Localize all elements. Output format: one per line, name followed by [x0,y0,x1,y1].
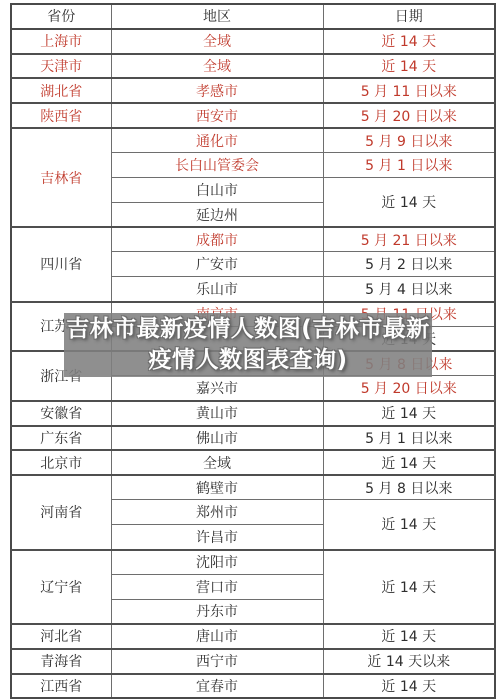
province-cell: 广东省 [11,426,111,451]
date-cell: 近 14 天 [323,450,495,475]
region-cell: 西安市 [111,103,323,128]
region-cell: 营口市 [111,574,323,599]
table-row: 四川省成都市5 月 21 日以来 [11,227,495,252]
page: 省份 地区 日期 上海市全域近 14 天天津市全域近 14 天湖北省孝感市5 月… [0,0,500,699]
table-row: 河南省鹤壁市5 月 8 日以来 [11,475,495,500]
region-cell: 长白山管委会 [111,153,323,178]
province-cell: 青海省 [11,649,111,674]
table-row: 广东省佛山市5 月 1 日以来 [11,426,495,451]
region-cell: 佛山市 [111,426,323,451]
province-cell: 河南省 [11,475,111,549]
date-cell: 5 月 11 日以来 [323,78,495,103]
region-cell: 全域 [111,54,323,79]
table-header: 省份 地区 日期 [11,4,495,29]
province-cell: 四川省 [11,227,111,301]
date-cell: 5 月 20 日以来 [323,103,495,128]
region-cell: 孝感市 [111,78,323,103]
table-row: 吉林省通化市5 月 9 日以来 [11,128,495,153]
region-cell: 延边州 [111,202,323,227]
table-header-row: 省份 地区 日期 [11,4,495,29]
table-row: 天津市全域近 14 天 [11,54,495,79]
region-cell: 通化市 [111,128,323,153]
header-date: 日期 [323,4,495,29]
table-row: 青海省西宁市近 14 天以来 [11,649,495,674]
table-row: 陕西省西安市5 月 20 日以来 [11,103,495,128]
region-cell: 郑州市 [111,500,323,525]
date-cell: 近 14 天 [323,624,495,649]
province-cell: 吉林省 [11,128,111,227]
region-cell: 乐山市 [111,277,323,302]
table-row: 江西省宜春市近 14 天 [11,674,495,699]
date-cell: 近 14 天 [323,674,495,699]
date-cell: 5 月 20 日以来 [323,376,495,401]
date-cell: 5 月 9 日以来 [323,128,495,153]
region-cell: 宜春市 [111,674,323,699]
header-region: 地区 [111,4,323,29]
region-cell: 唐山市 [111,624,323,649]
date-cell: 近 14 天 [323,500,495,550]
table-row: 辽宁省沈阳市近 14 天 [11,550,495,575]
table-row: 湖北省孝感市5 月 11 日以来 [11,78,495,103]
date-cell: 近 14 天 [323,54,495,79]
date-cell: 近 14 天 [323,401,495,426]
header-province: 省份 [11,4,111,29]
region-cell: 西宁市 [111,649,323,674]
province-cell: 江西省 [11,674,111,699]
date-cell: 近 14 天以来 [323,649,495,674]
region-cell: 广安市 [111,252,323,277]
region-cell: 许昌市 [111,525,323,550]
province-cell: 上海市 [11,29,111,54]
province-cell: 陕西省 [11,103,111,128]
date-cell: 近 14 天 [323,550,495,624]
province-cell: 安徽省 [11,401,111,426]
date-cell: 5 月 4 日以来 [323,277,495,302]
province-cell: 辽宁省 [11,550,111,624]
date-cell: 近 14 天 [323,29,495,54]
date-cell: 5 月 21 日以来 [323,227,495,252]
province-cell: 湖北省 [11,78,111,103]
region-cell: 沈阳市 [111,550,323,575]
table-row: 上海市全域近 14 天 [11,29,495,54]
date-cell: 5 月 1 日以来 [323,153,495,178]
title-overlay-line1: 吉林市最新疫情人数图(吉林市最新 [66,314,430,345]
province-cell: 河北省 [11,624,111,649]
region-cell: 嘉兴市 [111,376,323,401]
region-cell: 成都市 [111,227,323,252]
date-cell: 5 月 2 日以来 [323,252,495,277]
region-cell: 鹤壁市 [111,475,323,500]
region-cell: 全域 [111,450,323,475]
table-row: 北京市全域近 14 天 [11,450,495,475]
date-cell: 近 14 天 [323,178,495,228]
table-row: 河北省唐山市近 14 天 [11,624,495,649]
region-cell: 全域 [111,29,323,54]
date-cell: 5 月 8 日以来 [323,475,495,500]
table-row: 安徽省黄山市近 14 天 [11,401,495,426]
title-overlay-line2: 疫情人数图表查询) [148,345,347,376]
province-cell: 天津市 [11,54,111,79]
title-overlay: 吉林市最新疫情人数图(吉林市最新 疫情人数图表查询) [64,313,432,377]
region-cell: 白山市 [111,178,323,203]
date-cell: 5 月 1 日以来 [323,426,495,451]
region-cell: 丹东市 [111,599,323,624]
region-cell: 黄山市 [111,401,323,426]
province-cell: 北京市 [11,450,111,475]
